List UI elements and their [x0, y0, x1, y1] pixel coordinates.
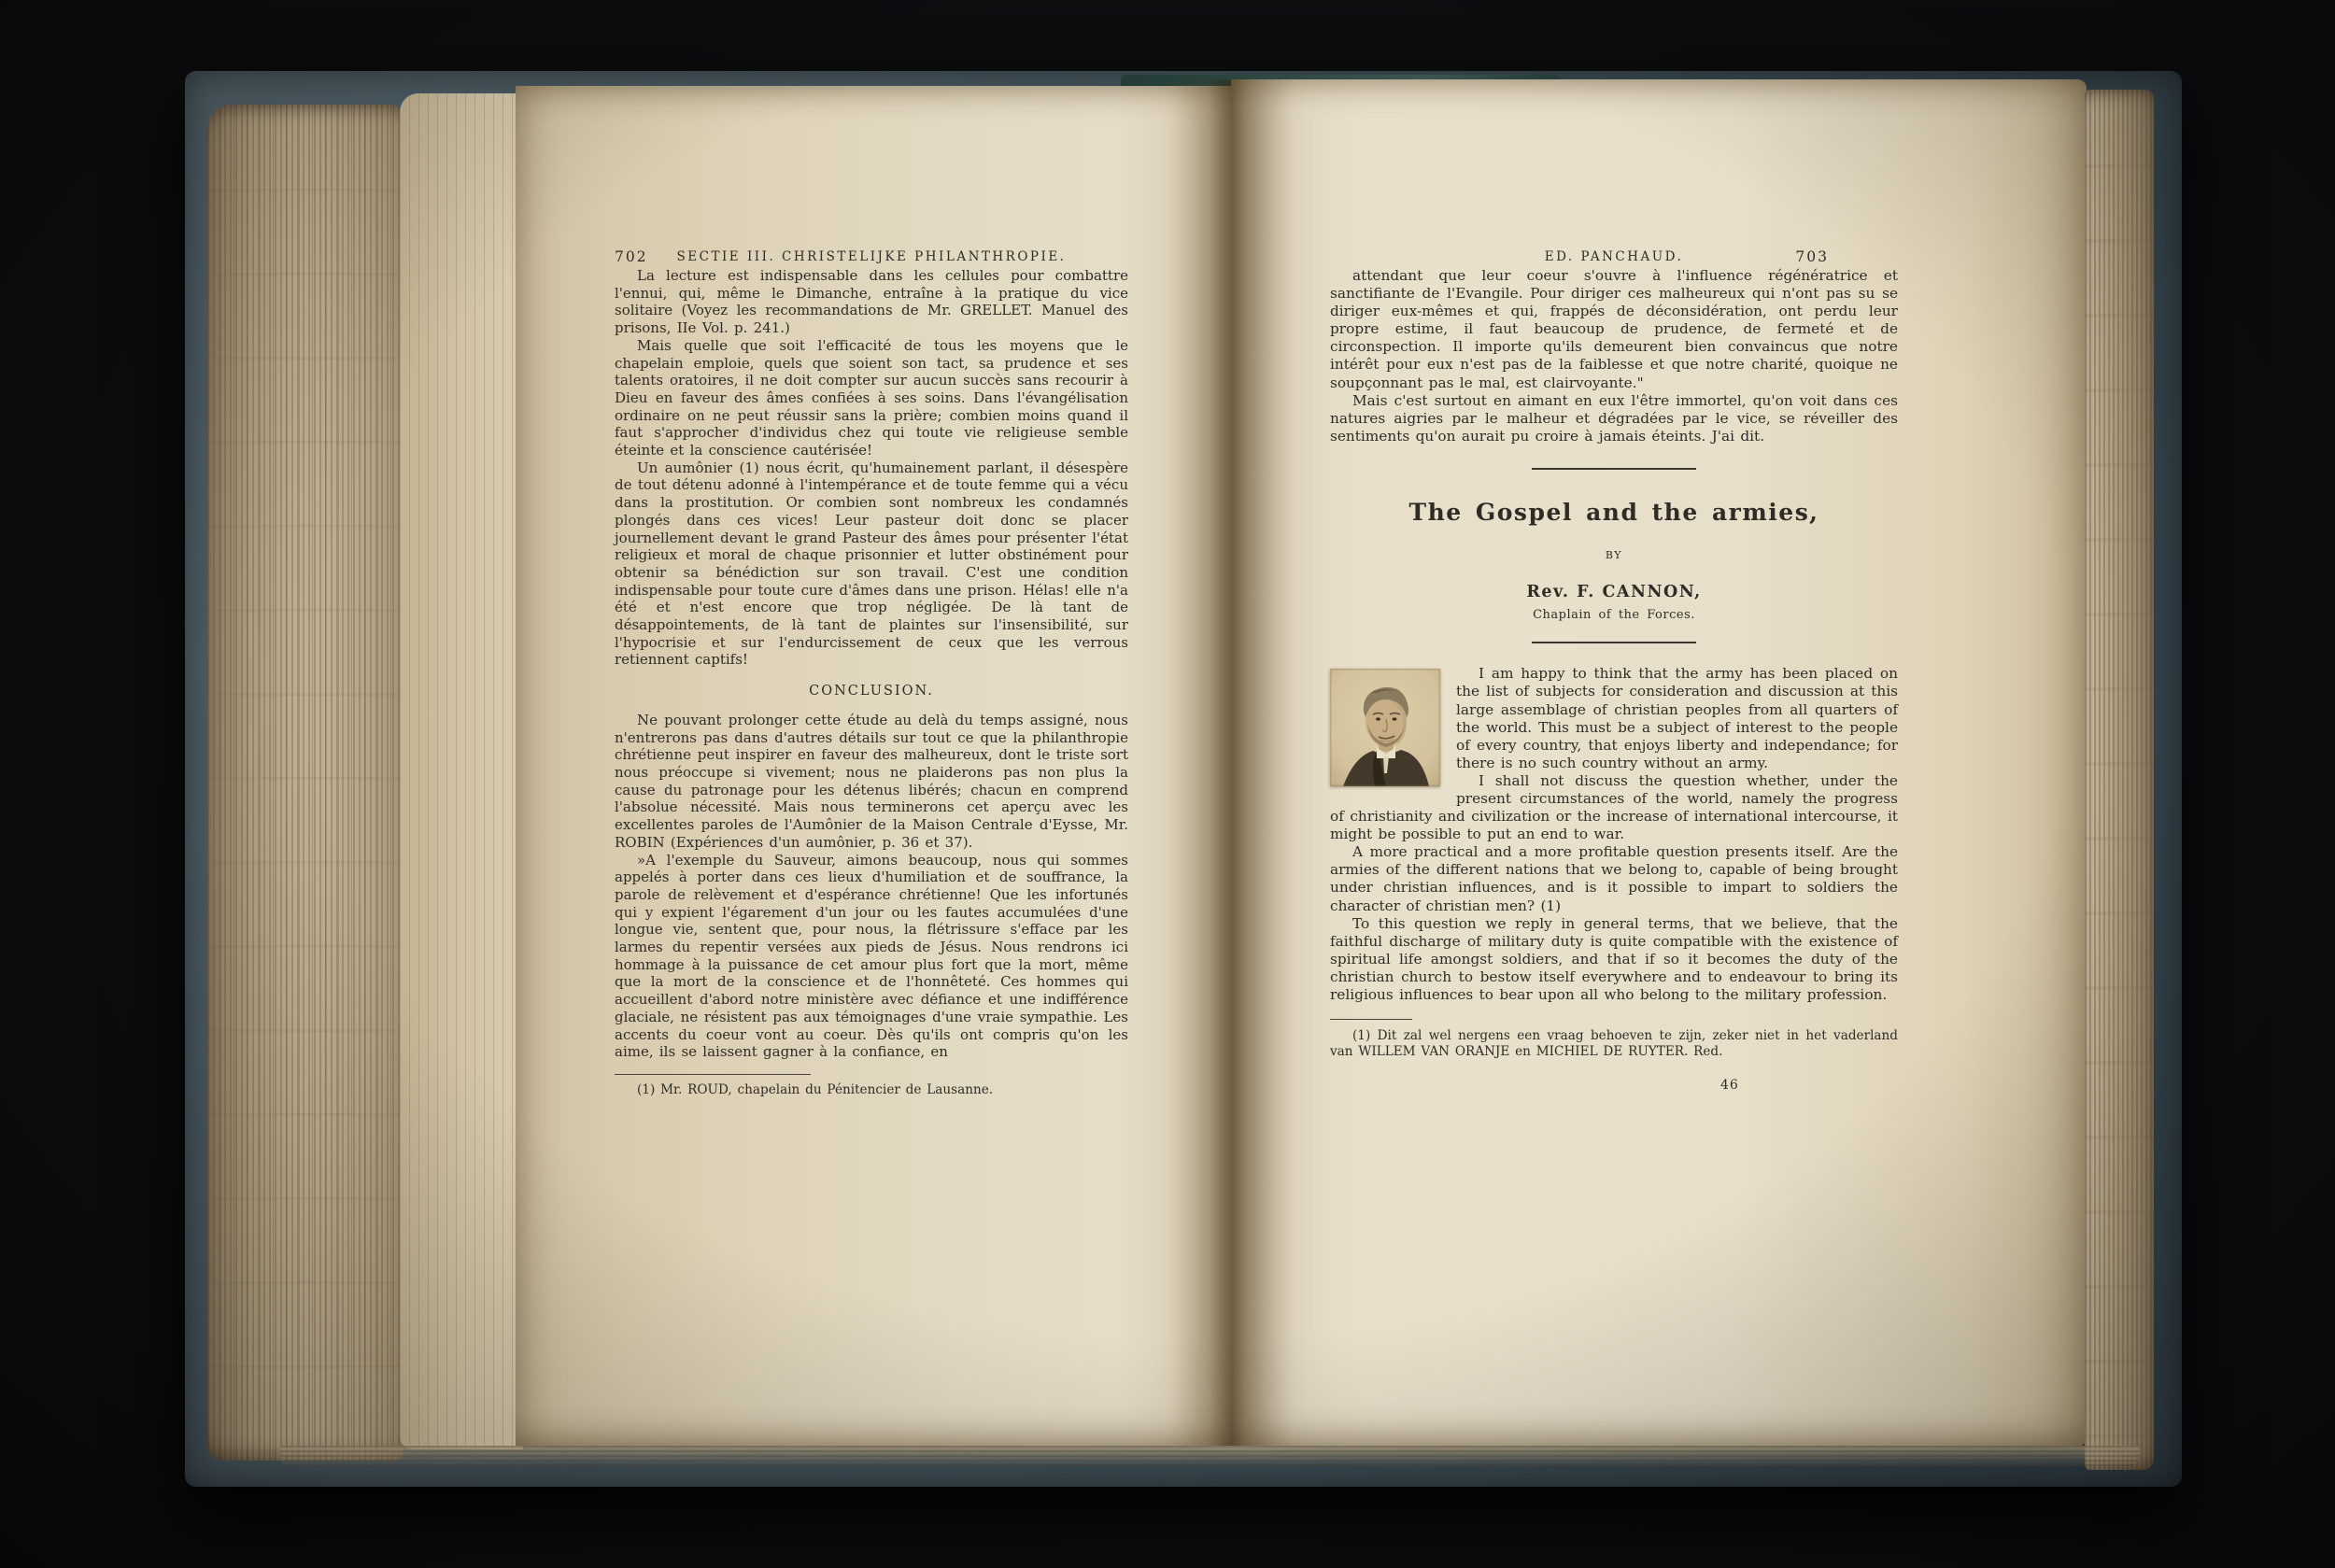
paragraph: Mais c'est surtout en aimant en eux l'êt… — [1330, 392, 1898, 445]
author-name: Rev. F. CANNON, — [1330, 584, 1898, 601]
signature-mark: 46 — [1330, 1077, 1898, 1095]
paragraph: A more practical and a more profitable q… — [1330, 843, 1898, 914]
footnote: (1) Mr. ROUD, chapelain du Pénitencier d… — [615, 1082, 1128, 1098]
left-running-title: SECTIE III. CHRISTELIJKE PHILANTHROPIE. — [615, 248, 1128, 266]
bottom-page-edges — [280, 1446, 2139, 1466]
left-fore-edge-pages — [207, 105, 403, 1461]
byline: BY — [1330, 546, 1898, 564]
paragraph: Un aumônier (1) nous écrit, qu'humaineme… — [615, 459, 1128, 669]
right-fore-edge-pages — [2085, 90, 2154, 1470]
left-page-number: 702 — [615, 248, 648, 266]
section-heading: CONCLUSION. — [615, 683, 1128, 700]
article-divider — [1532, 468, 1696, 470]
author-role: Chaplain of the Forces. — [1330, 606, 1898, 624]
paragraph: To this question we reply in general ter… — [1330, 915, 1898, 1004]
paragraph: attendant que leur coeur s'ouvre à l'inf… — [1330, 267, 1898, 392]
footnote-rule — [1330, 1019, 1412, 1020]
portrait-photo — [1330, 669, 1440, 786]
footnote: (1) Dit zal wel nergens een vraag behoev… — [1330, 1028, 1898, 1060]
right-page-text-block: ED. PANCHAUD. 703 attendant que leur coe… — [1330, 248, 1898, 1095]
right-page-number: 703 — [1795, 248, 1829, 266]
paragraph: Mais quelle que soit l'efficacité de tou… — [615, 337, 1128, 459]
footnote-rule — [615, 1074, 811, 1075]
book-photo-scene: { "scene": { "description": "photograph … — [0, 0, 2335, 1568]
right-page-header: ED. PANCHAUD. 703 — [1330, 248, 1898, 267]
article-body: I am happy to think that the army has be… — [1330, 665, 1898, 1004]
paragraph: »A l'exemple du Sauveur, aimons beaucoup… — [615, 852, 1128, 1061]
left-page-curl-edges — [400, 93, 523, 1449]
left-page-header: 702 SECTIE III. CHRISTELIJKE PHILANTHROP… — [615, 248, 1128, 267]
portrait-illustration — [1330, 669, 1440, 786]
left-page-text-block: 702 SECTIE III. CHRISTELIJKE PHILANTHROP… — [615, 248, 1128, 1098]
article-divider — [1532, 642, 1696, 643]
paragraph: Ne pouvant prolonger cette étude au delà… — [615, 712, 1128, 852]
article-title: The Gospel and the armies, — [1330, 503, 1898, 521]
paragraph: La lecture est indispensable dans les ce… — [615, 267, 1128, 337]
